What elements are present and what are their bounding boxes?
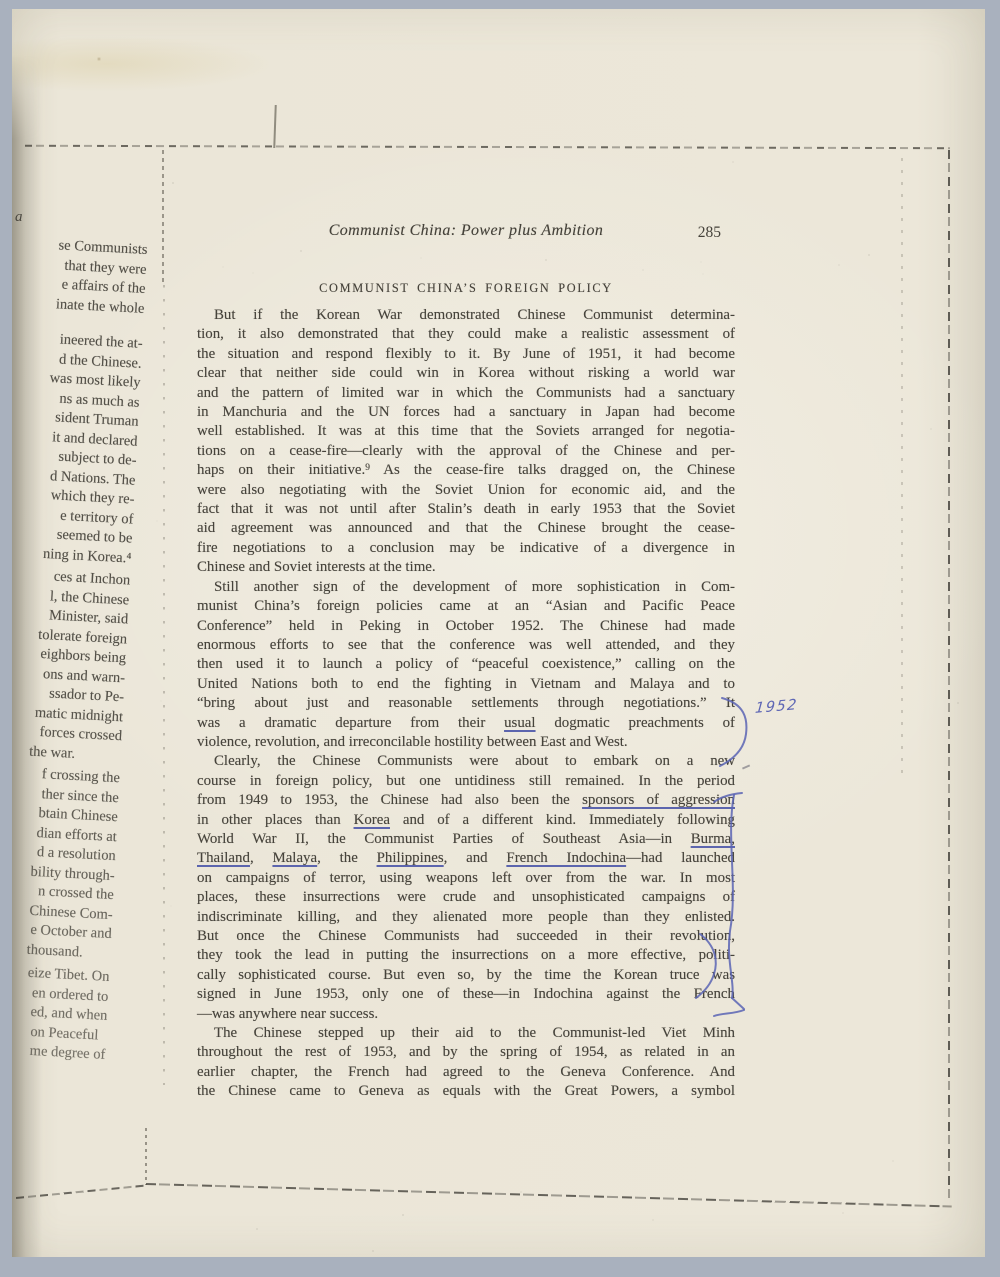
underlined-text: French Indochina [506, 850, 626, 866]
text-segment: violence, revolution, and irreconcilable… [197, 734, 628, 750]
text-segment: in Manchuria and the UN forces had a san… [197, 404, 735, 420]
text-segment: and the pattern of limited war in which … [197, 385, 735, 401]
text-line: Still another sign of the development of… [197, 578, 735, 597]
scan-speckles [0, 0, 2, 2]
scan-border-right-faint [901, 158, 903, 778]
ink-curved-bracket-1952 [716, 692, 756, 772]
running-head-title: Communist China: Power plus Ambition [329, 222, 604, 240]
text-segment: from 1949 to 1953, the Chinese had also … [197, 792, 582, 808]
scan-spike-bottom [145, 1128, 147, 1185]
text-segment: fact that it was not until after Stalin’… [197, 501, 735, 517]
text-segment: then used it to launch a policy of “peac… [197, 656, 735, 672]
text-segment: tion, it also demonstrated that they cou… [197, 326, 735, 342]
text-segment: , and [444, 850, 507, 866]
text-line: fire negotiations to a conclusion may be… [197, 539, 735, 558]
text-segment: enormous efforts to see that the confere… [197, 637, 735, 653]
text-line: they took the lead in putting the insurr… [197, 946, 735, 965]
text-segment: Conference” held in Peking in October 19… [197, 618, 735, 634]
text-line: and the pattern of limited war in which … [197, 384, 735, 403]
text-segment: they took the lead in putting the insurr… [197, 947, 735, 963]
text-line: in other places than Korea and of a diff… [197, 811, 735, 830]
text-line: But once the Chinese Communists had succ… [197, 927, 735, 946]
scanned-book-page: a se Communiststhat they weree affairs o… [0, 0, 1000, 1277]
text-segment: the situation and respond flexibly to it… [197, 346, 735, 362]
text-line: Conference” held in Peking in October 19… [197, 617, 735, 636]
running-head-row: Communist China: Power plus Ambition 285 [197, 222, 735, 246]
text-line: clear that neither side could win in Kor… [197, 364, 735, 383]
text-segment: United Nations both to end the fighting … [197, 676, 735, 692]
text-line: Clearly, the Chinese Communists were abo… [197, 752, 735, 771]
text-segment: course in foreign policy, but one untidi… [197, 773, 735, 789]
text-segment: was a dramatic departure from their [197, 715, 504, 731]
text-segment: the Chinese came to Geneva as equals wit… [197, 1083, 735, 1099]
text-line: places, these insurrections were crude a… [197, 888, 735, 907]
text-segment: earlier chapter, the French had agreed t… [197, 1064, 735, 1080]
text-segment: places, these insurrections were crude a… [197, 889, 735, 905]
text-line: —was anywhere near success. [197, 1005, 735, 1024]
text-line: enormous efforts to see that the confere… [197, 636, 735, 655]
text-segment: Clearly, the Chinese Communists were abo… [214, 753, 735, 769]
underlined-text: Thailand [197, 850, 250, 866]
underlined-text: Malaya [272, 850, 317, 866]
scan-border-right [948, 150, 950, 1198]
text-line: was a dramatic departure from their usua… [197, 714, 735, 733]
text-segment: The Chinese stepped up their aid to the … [214, 1025, 735, 1041]
text-segment: As the cease-fire talks dragged on, the … [370, 462, 735, 478]
text-segment: tions on a cease-fire—clearly with the a… [197, 443, 735, 459]
text-line: from 1949 to 1953, the Chinese had also … [197, 791, 735, 810]
text-line: munist China’s foreign policies came at … [197, 597, 735, 616]
text-line: throughout the rest of 1953, and by the … [197, 1043, 735, 1062]
text-line: on campaigns of terror, using weapons le… [197, 869, 735, 888]
text-segment: indiscriminate killing, and they alienat… [197, 909, 735, 925]
text-line: the situation and respond flexibly to it… [197, 345, 735, 364]
footnote-reference: 9 [365, 463, 370, 473]
left-page-fragment-line: the war. [13, 741, 76, 764]
text-line: Thailand, Malaya, the Philippines, and F… [197, 849, 735, 868]
scan-border-left-dense [162, 150, 164, 285]
underlined-text: Philippines [377, 850, 444, 866]
left-page-signature-mark: a [15, 209, 23, 226]
text-segment: —was anywhere near success. [197, 1006, 378, 1022]
text-segment: But if the Korean War demonstrated Chine… [214, 307, 735, 323]
text-line: aid agreement was announced and that the… [197, 519, 735, 538]
text-segment: But once the Chinese Communists had succ… [197, 928, 735, 944]
text-line: in Manchuria and the UN forces had a san… [197, 403, 735, 422]
text-line: fact that it was not until after Stalin’… [197, 500, 735, 519]
scan-border-left-sparse [163, 285, 165, 1085]
ink-small-curved-bracket [692, 928, 726, 1004]
text-line: indiscriminate killing, and they alienat… [197, 908, 735, 927]
text-segment: , [250, 850, 273, 866]
underlined-text: usual [504, 715, 535, 731]
left-page-fragment-line: thousand. [2, 939, 83, 963]
text-line: haps on their initiative.9 As the cease-… [197, 461, 735, 480]
text-line: then used it to launch a policy of “peac… [197, 655, 735, 674]
text-line: Chinese and Soviet interests at the time… [197, 558, 735, 577]
text-segment: haps on their initiative. [197, 462, 365, 478]
body-text: But if the Korean War demonstrated Chine… [197, 306, 735, 1102]
text-line: well established. It was at this time th… [197, 422, 735, 441]
text-segment: , the [317, 850, 376, 866]
text-segment: Chinese and Soviet interests at the time… [197, 559, 436, 575]
text-segment: signed in June 1953, only one of these—i… [197, 986, 735, 1002]
underlined-text: Korea [354, 812, 390, 828]
text-line: earlier chapter, the French had agreed t… [197, 1063, 735, 1082]
text-segment: throughout the rest of 1953, and by the … [197, 1044, 735, 1060]
page-number: 285 [698, 224, 721, 242]
text-segment: clear that neither side could win in Kor… [197, 365, 735, 381]
text-segment: Still another sign of the development of… [214, 579, 735, 595]
section-heading: COMMUNIST CHINA’S FOREIGN POLICY [197, 281, 735, 296]
text-line: The Chinese stepped up their aid to the … [197, 1024, 735, 1043]
text-segment: dogmatic preachments of [536, 715, 735, 731]
text-line: cally sophisticated course. But even so,… [197, 966, 735, 985]
text-line: But if the Korean War demonstrated Chine… [197, 306, 735, 325]
text-segment: in other places than [197, 812, 354, 828]
text-line: World War II, the Communist Parties of S… [197, 830, 735, 849]
text-line: the Chinese came to Geneva as equals wit… [197, 1082, 735, 1101]
text-segment: World War II, the Communist Parties of S… [197, 831, 691, 847]
text-segment: fire negotiations to a conclusion may be… [197, 540, 735, 556]
text-line: tion, it also demonstrated that they cou… [197, 325, 735, 344]
text-segment: and of a different kind. Immediately fol… [390, 812, 735, 828]
text-segment: aid agreement was announced and that the… [197, 520, 735, 536]
text-segment: on campaigns of terror, using weapons le… [197, 870, 735, 886]
text-line: tions on a cease-fire—clearly with the a… [197, 442, 735, 461]
text-line: were also negotiating with the Soviet Un… [197, 481, 735, 500]
text-segment: were also negotiating with the Soviet Un… [197, 482, 735, 498]
text-segment: cally sophisticated course. But even so,… [197, 967, 735, 983]
text-segment: well established. It was at this time th… [197, 423, 735, 439]
text-line: violence, revolution, and irreconcilable… [197, 733, 735, 752]
text-line: course in foreign policy, but one untidi… [197, 772, 735, 791]
text-segment: munist China’s foreign policies came at … [197, 598, 735, 614]
text-line: United Nations both to end the fighting … [197, 675, 735, 694]
text-line: signed in June 1953, only one of these—i… [197, 985, 735, 1004]
text-line: “bring about just and reasonable settlem… [197, 694, 735, 713]
text-segment: “bring about just and reasonable settlem… [197, 695, 735, 711]
